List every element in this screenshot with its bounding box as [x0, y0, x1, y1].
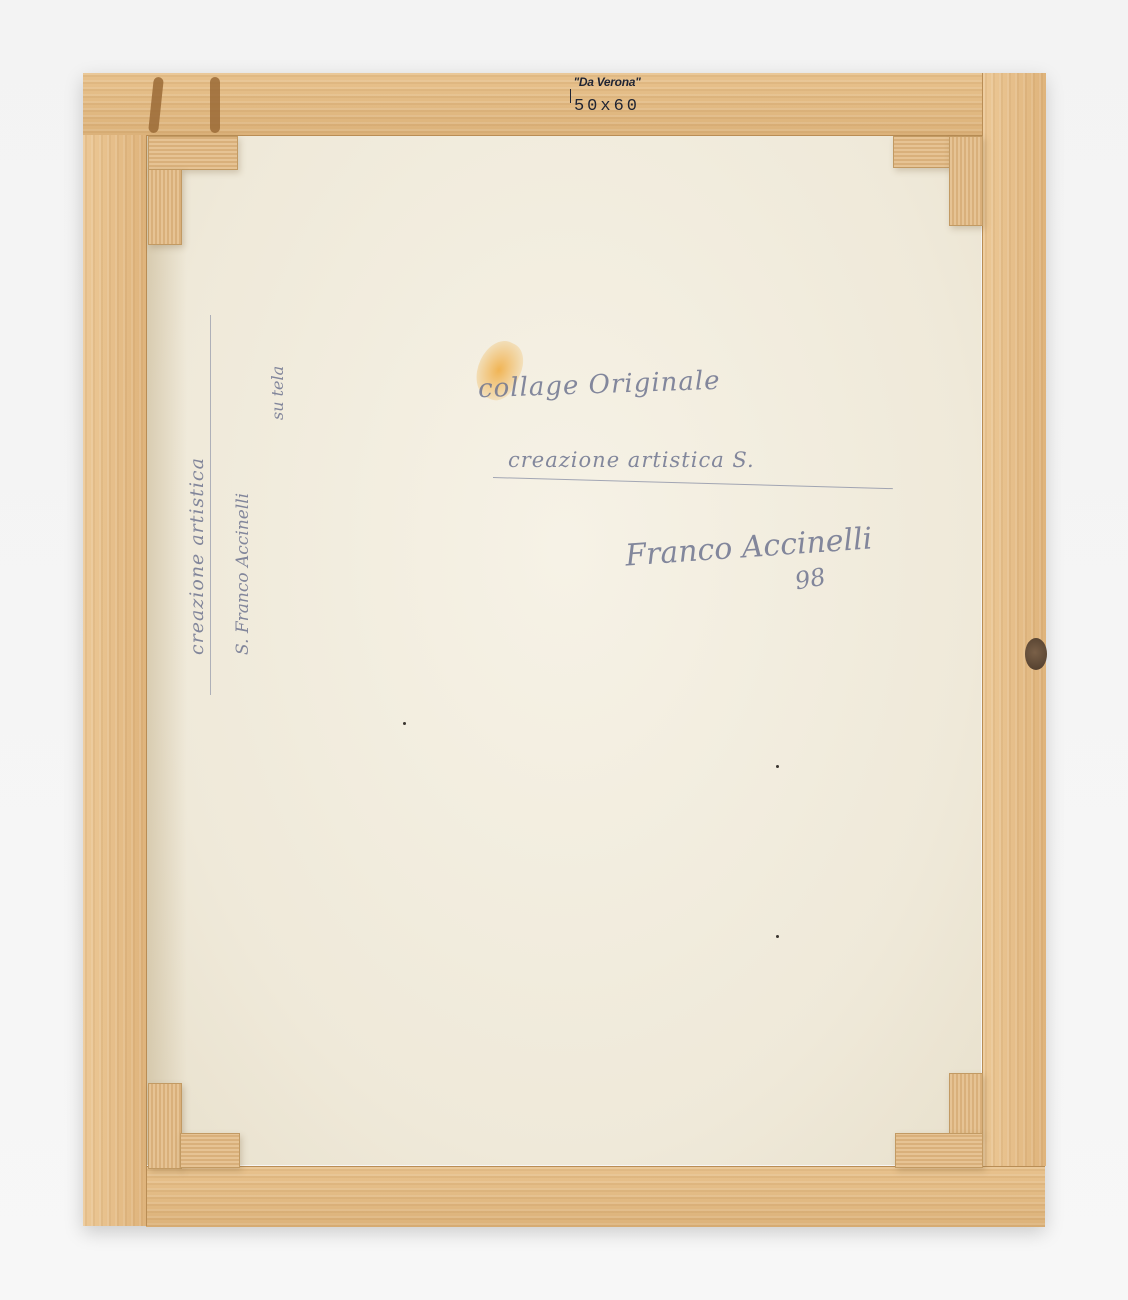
- vertical-pencil-rule: [210, 315, 211, 695]
- corner-key-top-right-horizontal: [893, 136, 951, 168]
- wood-knot: [1025, 638, 1047, 670]
- stretcher-bar-bottom: [146, 1166, 1045, 1227]
- corner-key-top-left-vertical: [148, 169, 182, 245]
- stamp-tick-mark: [570, 89, 571, 103]
- corner-key-top-left-horizontal: [148, 136, 238, 170]
- stamp-size: 50x60: [552, 97, 662, 116]
- stamp-brand: "Da Verona": [552, 75, 662, 89]
- stretcher-bar-left: [83, 135, 147, 1226]
- wood-stain: [210, 77, 220, 133]
- corner-key-top-right-vertical: [949, 136, 983, 226]
- canvas-speck: [403, 722, 406, 725]
- canvas-speck: [776, 765, 779, 768]
- manufacturer-stamp: "Da Verona" 50x60: [552, 75, 662, 116]
- inscription-year: 98: [793, 563, 828, 596]
- inscription-creazione-artistica: creazione artistica S.: [508, 448, 755, 472]
- vertical-inscription-line1: creazione artistica: [186, 457, 208, 655]
- canvas-back-photo: [83, 73, 1045, 1226]
- stretcher-bar-right: [982, 73, 1046, 1166]
- vertical-inscription-line3: su tela: [268, 366, 287, 420]
- corner-key-bottom-left-vertical: [148, 1083, 182, 1169]
- canvas-speck: [776, 935, 779, 938]
- corner-key-bottom-right-vertical: [949, 1073, 983, 1135]
- corner-key-bottom-right-horizontal: [895, 1133, 983, 1168]
- corner-key-bottom-left-horizontal: [180, 1133, 240, 1168]
- vertical-inscription-line2: S. Franco Accinelli: [233, 493, 253, 655]
- canvas-surface: [147, 136, 981, 1165]
